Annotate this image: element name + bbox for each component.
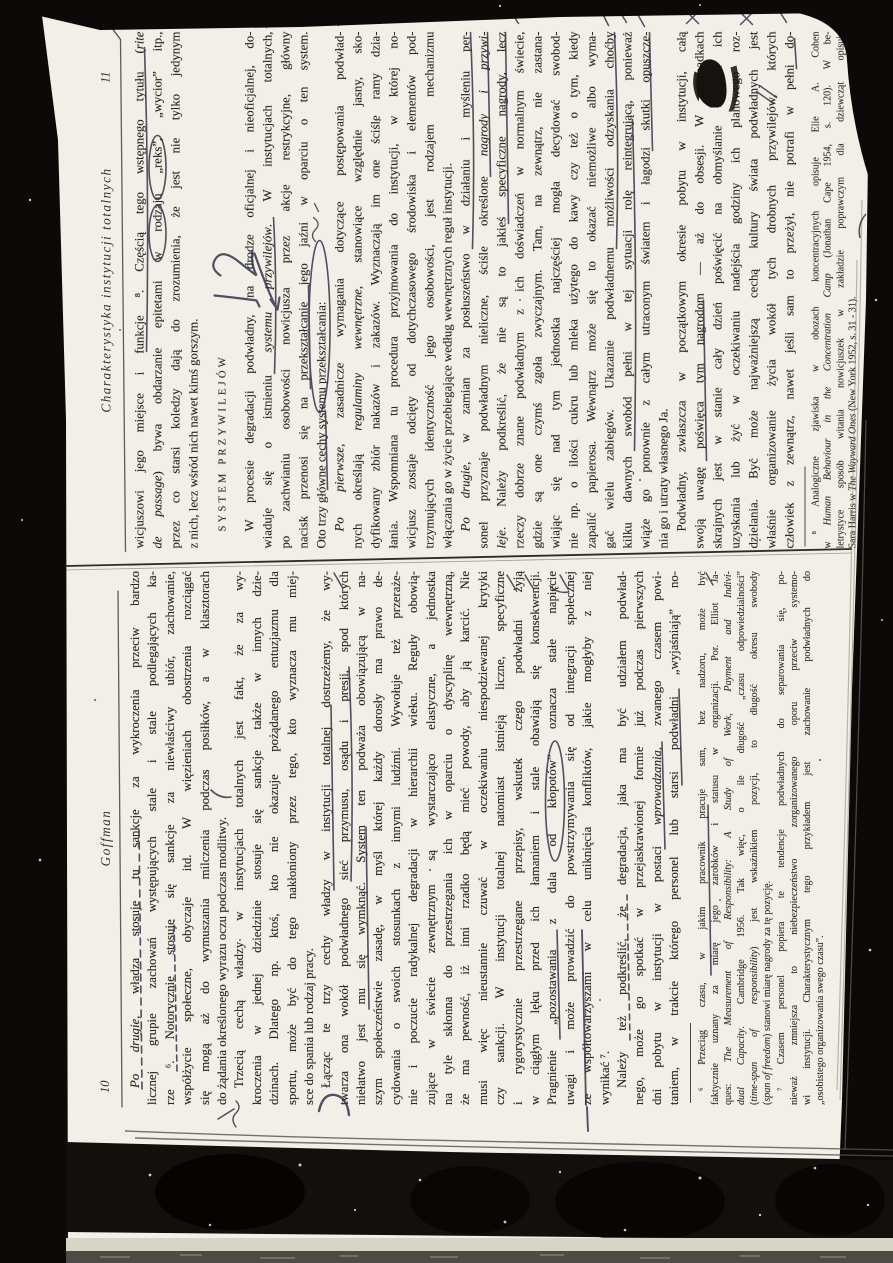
text-line: wiając się nad tym jednostka najczęściej… (546, 31, 564, 548)
text-line: Po pierwsze, zasadnicze wymagania dotycz… (330, 31, 348, 548)
section-heading: SYSTEM PRZYWILEJÓW (210, 31, 236, 548)
text-line: niełatwo jest mu się wymknąć. System ten… (353, 571, 370, 1105)
body-text: wicjuszowi jego miejsce i funkcje ⁸. Czę… (130, 0, 798, 563)
text-line: czy sankcji. W instytucji totalnej natom… (492, 571, 509, 1105)
footnote-line: (span of freedom) stanowi miarę nagrody … (761, 571, 774, 1105)
running-head-title: Goffman (98, 571, 114, 1105)
text-line: uwagi i może prowadzić do powstrzymywani… (562, 571, 579, 1105)
text-line: wynikać ⁷. (597, 571, 614, 1105)
text-line: dyfikowany zbiór nakazów i zakazów. Wyzn… (366, 31, 384, 548)
text-line: Należy też podkreślić, że degradacja, ja… (614, 571, 631, 1105)
bottom-noise-strip (66, 1251, 893, 1263)
text-line: musi więc nieustannie czuwać w oczekiwan… (475, 571, 492, 1105)
footnote-line: letrystyce sposób witania nowicjuszek w … (835, 31, 847, 548)
bottom-noise-dashes (100, 1255, 846, 1258)
footnote-line: ⁶ Przeciąg czasu, w jakim pracownik prac… (696, 571, 709, 1105)
text-line: w ciągłym lęku przed ich łamaniem i stal… (527, 571, 544, 1105)
text-line: i rygorystycznie przestrzegane przepisy,… (510, 571, 527, 1105)
footnote-line: faktycznie uznany za miarę jego zarobków… (709, 571, 722, 1105)
body-text: Po drugie, władza stosuje tu sankcje za … (127, 563, 684, 1135)
running-head-title: Charakterystyka instytucji totalnych (98, 31, 114, 548)
running-head-10: 10 Goffman (98, 571, 118, 1105)
text-line: Łącząc te trzy cechy władzy w instytucji… (318, 571, 335, 1105)
head-rule (120, 39, 125, 551)
footnote-line: ⁷ Czasem personel popiera te tendencje p… (775, 571, 788, 1105)
text-line: Po drugie, władza stosuje tu sankcje za … (127, 571, 144, 1105)
text-line: dzinach. Dlatego np. ktoś, kto nie okazu… (266, 571, 283, 1105)
text-line: rzeczy dobrze znane podwładnym z ich doś… (510, 31, 528, 548)
text-line: współżycie społeczne, obyczaje itd. W wi… (179, 571, 196, 1105)
footnote-line: „osobistego organizowania swego czasu”. (814, 571, 827, 1105)
text-line: dni pobytu w instytucji w postaci wprowa… (649, 571, 666, 1105)
text-line: leje. Należy podkreślić, że nie są to ja… (492, 31, 510, 548)
footnote-line: (time-span of responsibility) jest wskaź… (748, 571, 761, 1105)
bottom-texture-band (66, 1142, 893, 1240)
footnote-separator (690, 1023, 691, 1103)
text-line: de passage) bywa obdarzanie epitetami w … (148, 31, 166, 548)
running-head-11: Charakterystyka instytucji totalnych 11 (98, 31, 118, 548)
text-line: Po drugie, w zamian za posłuszeństwo w d… (456, 31, 474, 548)
footnote-line: dual Capacity. Cambridge 1956. Tak więc,… (735, 571, 748, 1105)
text-line: nie i poczucie radykalnej degradacji w h… (405, 571, 422, 1105)
footnote-line: ques: The Measurement of Responsibility:… (722, 571, 735, 1105)
text-line: licznej grupie zachowań występujących st… (144, 571, 161, 1105)
text-line: swoją uwagę poświęca tym nagrodom — aż d… (690, 31, 708, 548)
text-line: sce do spania lub rodzaj pracy. (301, 571, 318, 1105)
scanned-book-spread: Charakterystyka instytucji totalnych 11 … (0, 0, 893, 1263)
footnote-separator (804, 466, 805, 546)
text-line: zapalić papierosa. Wewnątrz może się to … (582, 31, 600, 548)
text-line: ze współtowarzyszami w celu uniknięcia k… (579, 571, 596, 1105)
text-line: sportu, może być do tego nakłoniony prze… (284, 571, 301, 1105)
text-line: wicjuszowi jego miejsce i funkcje ⁸. Czę… (130, 31, 148, 548)
text-line: Podwładny, zwłaszcza w początkowym okres… (672, 31, 690, 548)
text-line: kroczenia w jednej dziedzinie stosuje si… (249, 571, 266, 1105)
footnote-line: ⁸ Analogiczne zjawiska w obozach koncent… (810, 31, 822, 548)
page-10: 10 Goffman Po drugie, władza stosuje tu … (68, 563, 860, 1135)
bottom-speckles (149, 1164, 870, 1232)
text-line: przez co starsi koledzy dają do zrozumie… (166, 31, 184, 548)
text-line: skrajnych jest w stanie cały dzień poświ… (708, 31, 726, 548)
footnote-line: Sara Harris w The Wayward Ones (New York… (847, 31, 859, 548)
text-line: nego, może go spotkać w przejaskrawionej… (631, 571, 648, 1105)
footnote-block: ⁸ Analogiczne zjawiska w obozach koncent… (810, 31, 860, 548)
text-line: gać wielu zabiegów. Ukazanie podwładnemu… (600, 31, 618, 548)
text-line: cydowania o swoich stosunkach z innymi l… (388, 571, 405, 1105)
text-line: zujące w świecie zewnętrznym są wystarcz… (423, 571, 440, 1105)
bottom-dark-blobs (155, 1154, 885, 1242)
text-line: Pragnienie „pozostawania z dala od kłopo… (544, 571, 561, 1105)
text-line: na tyle skłonna do przestrzegania ich w … (440, 571, 457, 1105)
text-line: wiąże go ponownie z całym utraconym świa… (636, 31, 654, 548)
text-line: po zachwianiu osobowości nowicjusza prze… (276, 31, 294, 548)
bottom-light-strip (66, 1238, 893, 1251)
text-line: szym społeczeństwie zasadę, w myśl które… (370, 571, 387, 1105)
text-line: że ma pewność, iż inni rzadko będą mieć … (457, 571, 474, 1105)
text-line: do żądania określonego wyrazu oczu podcz… (214, 571, 231, 1105)
text-line: włączania go w życie przebiegające wedłu… (438, 31, 456, 548)
text-line: nych określają regulaminy wewnętrzne, st… (348, 31, 366, 548)
text-line: nie np. o ilości cukru lub mleka użytego… (564, 31, 582, 548)
footnote-block: ⁶ Przeciąg czasu, w jakim pracownik prac… (696, 571, 828, 1105)
page-11: Charakterystyka instytucji totalnych 11 … (68, 0, 860, 563)
text-line: wiaduje się o istnieniu systemu przywile… (258, 31, 276, 548)
text-line: twarza ona wokół podwładnego sieć przymu… (336, 571, 353, 1105)
text-line: właśnie organizowanie życia wokół tych d… (762, 31, 780, 548)
text-line: sonel przyznaje podwładnym nieliczne, śc… (474, 31, 492, 548)
text-line: nia go i utraty własnego Ja. (654, 31, 672, 548)
text-line: Oto trzy główne cechy systemu przekształ… (312, 31, 330, 548)
text-line: nacisk przenosi się na przekształcanie j… (294, 31, 312, 548)
page-number: 11 (98, 71, 113, 83)
text-line: taniem, w trakcie którego personel lub s… (666, 571, 683, 1105)
text-line: dzielania. Być może najważniejszą cechą … (744, 31, 762, 548)
text-line: się mogą aż do wymuszania milczenia podc… (197, 571, 214, 1105)
footnote-line: nieważ zmniejsza to niebezpieczeństwo zo… (788, 571, 801, 1105)
text-line: człowiek z zewnątrz, nawet jeśli sam to … (780, 31, 798, 548)
text-line: kilku dawnych swobód pełni w tej sytuacj… (618, 31, 636, 548)
text-line: Trzecią cechą władzy w instytucjach tota… (231, 571, 248, 1105)
text-line: z nich, lecz wśród nich nawet kimś gorsz… (184, 31, 202, 548)
footnote-line: wi instytucji. Charakterystycznym tego p… (801, 571, 814, 1105)
text-line: gdzie są one czymś zgoła zwyczajnym. Tam… (528, 31, 546, 548)
scanner-edge-left (0, 0, 68, 1263)
head-rule (118, 591, 122, 1107)
footnote-line: w Human Behaviour in the Concentration C… (822, 31, 834, 548)
text-line: trzymujących identyczność jego osobowośc… (420, 31, 438, 548)
text-line: wicjusz zostaje odcięty od dotychczasowe… (402, 31, 420, 548)
text-line: uzyskania lub żyć w oczekiwaniu nadejści… (726, 31, 744, 548)
text-line: rze ⁶. Notorycznie stosuje się sankcje z… (162, 571, 179, 1105)
text-line: W procesie degradacji podwładny, na drod… (240, 31, 258, 548)
text-line: łania. Wspomniana tu procedura przyjmowa… (384, 31, 402, 548)
